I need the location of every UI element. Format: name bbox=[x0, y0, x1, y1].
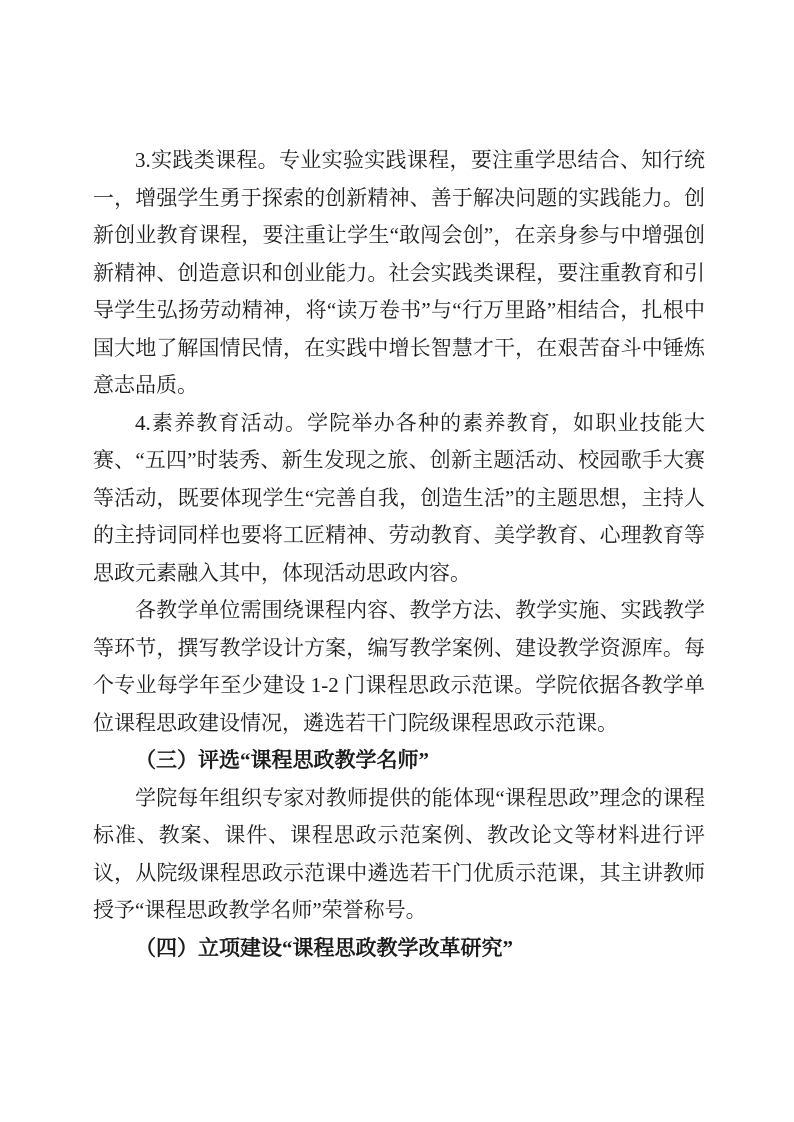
paragraph-practice-courses: 3.实践类课程。专业实验实践课程，要注重学思结合、知行统一，增强学生勇于探索的创… bbox=[93, 142, 705, 405]
paragraph-teaching-units-requirements: 各教学单位需围绕课程内容、教学方法、教学实施、实践教学等环节，撰写教学设计方案，… bbox=[93, 592, 705, 742]
paragraph-expert-review: 学院每年组织专家对教师提供的能体现“课程思政”理念的课程标准、教案、课件、课程思… bbox=[93, 780, 705, 930]
heading-section-3-master-teacher-selection: （三）评选“课程思政教学名师” bbox=[93, 742, 705, 780]
heading-section-4-reform-research-projects: （四）立项建设“课程思政教学改革研究” bbox=[93, 930, 705, 968]
paragraph-quality-education-activities: 4.素养教育活动。学院举办各种的素养教育，如职业技能大赛、“五四”时装秀、新生发… bbox=[93, 405, 705, 593]
document-page: 3.实践类课程。专业实验实践课程，要注重学思结合、知行统一，增强学生勇于探索的创… bbox=[0, 0, 794, 1122]
document-body: 3.实践类课程。专业实验实践课程，要注重学思结合、知行统一，增强学生勇于探索的创… bbox=[93, 142, 705, 967]
